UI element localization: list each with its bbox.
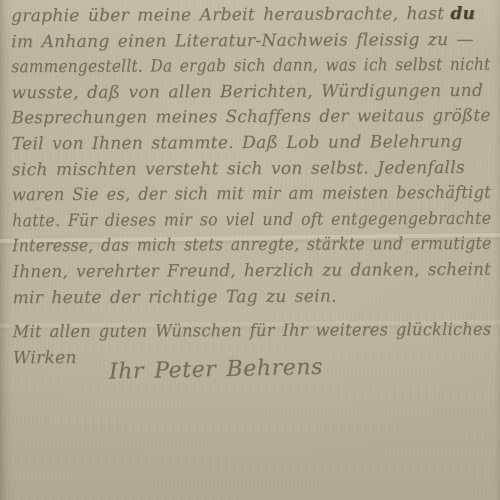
closing-line: Mit allen guten Wünschen für Ihr weitere… <box>13 318 492 346</box>
letter-line-1: graphie über meine Arbeit herausbrachte,… <box>11 2 490 30</box>
letter-line-5: Besprechungen meines Schaffens der weita… <box>12 104 491 132</box>
letter-line-6: Teil von Ihnen stammte. Daß Lob und Bele… <box>12 130 491 158</box>
closing-word: Wirken <box>13 346 77 372</box>
signature: Ihr Peter Behrens <box>109 354 324 385</box>
letter-line-9: hatte. Für dieses mir so viel und oft en… <box>12 206 491 234</box>
letter-line-text: graphie über meine Arbeit herausbrachte,… <box>11 4 444 26</box>
closing-row: Wirken Ihr Peter Behrens <box>13 343 492 384</box>
letter-line-10: Interesse, das mich stets anregte, stärk… <box>12 232 491 260</box>
letter-line-7: sich mischten versteht sich von selbst. … <box>12 155 491 183</box>
letter-line-3: sammengestellt. Da ergab sich dann, was … <box>11 53 490 81</box>
letter-body: graphie über meine Arbeit herausbrachte,… <box>11 2 492 384</box>
letter-scan: graphie über meine Arbeit herausbrachte,… <box>0 0 500 500</box>
letter-line-11: Ihnen, verehrter Freund, herzlich zu dan… <box>12 258 491 286</box>
overwritten-word: du <box>450 4 475 24</box>
letter-line-12: mir heute der richtige Tag zu sein. <box>12 283 491 311</box>
letter-line-2: im Anhang einen Literatur-Nachweis fleis… <box>11 27 490 55</box>
letter-line-4: wusste, daß von allen Berichten, Würdigu… <box>11 79 490 107</box>
letter-line-8: waren Sie es, der sich mit mir am meiste… <box>12 181 491 209</box>
